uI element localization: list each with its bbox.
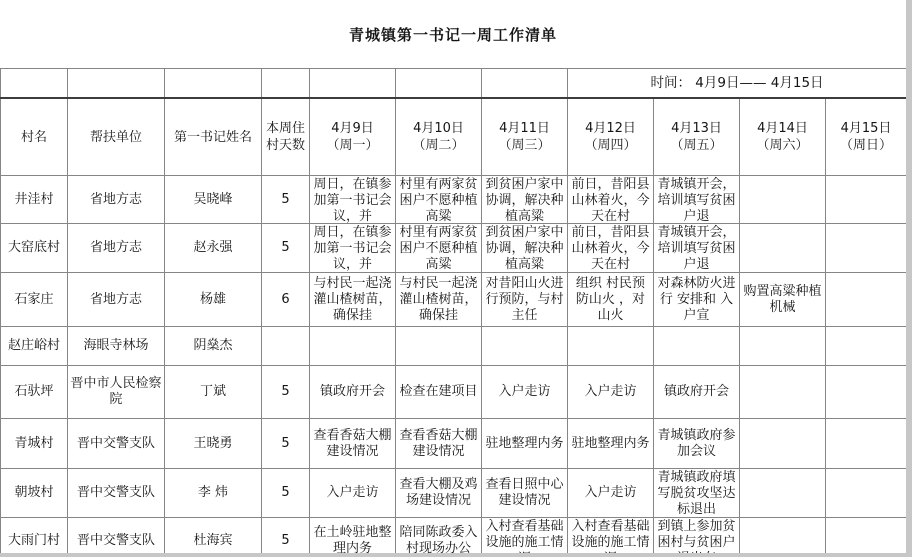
column-header: 帮扶单位 bbox=[68, 98, 165, 176]
column-header-text: 4月14日 （周六） bbox=[740, 99, 825, 175]
secretary-name-cell-text: 阴燊杰 bbox=[165, 327, 261, 365]
sunday-cell-text bbox=[826, 366, 906, 418]
time-empty-cell-text bbox=[310, 69, 395, 97]
wednesday-cell: 对昔阳山火进行预防，与村主任 bbox=[482, 273, 568, 327]
monday-cell: 与村民一起浇灌山楂树苗，确保挂 bbox=[310, 273, 396, 327]
secretary-name-cell: 王晓勇 bbox=[165, 419, 262, 469]
village-name-cell-text: 石驮坪 bbox=[1, 366, 67, 418]
saturday-cell bbox=[740, 327, 826, 366]
secretary-name-cell-text: 杨雄 bbox=[165, 273, 261, 326]
thursday-cell: 入户走访 bbox=[568, 469, 654, 518]
saturday-cell bbox=[740, 518, 826, 557]
secretary-name-cell-text: 吴晓峰 bbox=[165, 176, 261, 223]
friday-cell-text bbox=[654, 327, 739, 365]
saturday-cell: 购置高粱种植机械 bbox=[740, 273, 826, 327]
secretary-name-cell: 吴晓峰 bbox=[165, 176, 262, 224]
tuesday-cell-text: 查看大棚及鸡场建设情况 bbox=[396, 469, 481, 517]
thursday-cell-text: 前日，昔阳县山林着火，今天在村 bbox=[568, 224, 653, 272]
village-name-cell-text: 朝坡村 bbox=[1, 469, 67, 517]
column-header: 4月10日 （周二） bbox=[396, 98, 482, 176]
tuesday-cell-text: 村里有两家贫困户不愿种植高粱 bbox=[396, 176, 481, 223]
time-empty-cell bbox=[396, 69, 482, 99]
time-empty-cell bbox=[310, 69, 396, 99]
thursday-cell: 入村查看基础设施的施工情况 bbox=[568, 518, 654, 557]
village-name-cell-text: 井洼村 bbox=[1, 176, 67, 223]
page-title: 青城镇第一书记一周工作清单 bbox=[0, 0, 906, 68]
village-name-cell-text: 大窑底村 bbox=[1, 224, 67, 272]
thursday-cell: 前日，昔阳县山林着火，今天在村 bbox=[568, 224, 654, 273]
wednesday-cell bbox=[482, 327, 568, 366]
sunday-cell bbox=[826, 273, 907, 327]
saturday-cell-text: 购置高粱种植机械 bbox=[740, 273, 825, 326]
support-unit-cell-text: 晋中市人民检察院 bbox=[68, 366, 164, 418]
time-empty-cell bbox=[482, 69, 568, 99]
support-unit-cell: 晋中交警支队 bbox=[68, 518, 165, 557]
support-unit-cell-text: 晋中交警支队 bbox=[68, 518, 164, 557]
column-header: 本周住村天数 bbox=[262, 98, 310, 176]
saturday-cell bbox=[740, 419, 826, 469]
sunday-cell-text bbox=[826, 224, 906, 272]
thursday-cell-text: 入村查看基础设施的施工情况 bbox=[568, 518, 653, 557]
column-header: 4月13日 （周五） bbox=[654, 98, 740, 176]
column-header-text: 4月15日 （周日） bbox=[826, 99, 906, 175]
monday-cell: 在土岭驻地整理内务 bbox=[310, 518, 396, 557]
wednesday-cell: 到贫困户家中协调，解决种植高粱 bbox=[482, 176, 568, 224]
saturday-cell bbox=[740, 366, 826, 419]
tuesday-cell-text bbox=[396, 327, 481, 365]
tuesday-cell-text: 陪同陈政委入村现场办公 bbox=[396, 518, 481, 557]
support-unit-cell: 晋中交警支队 bbox=[68, 419, 165, 469]
days-in-village-cell-text: 5 bbox=[262, 469, 309, 517]
column-header-text: 本周住村天数 bbox=[262, 99, 309, 175]
days-in-village-cell: 5 bbox=[262, 176, 310, 224]
time-label: 时间： 4月9日—— 4月15日 bbox=[568, 69, 907, 99]
monday-cell-text: 周日，在镇参加第一书记会议，并 bbox=[310, 224, 395, 272]
monday-cell: 入户走访 bbox=[310, 469, 396, 518]
friday-cell-text: 青城镇开会，培训填写贫困户退 bbox=[654, 224, 739, 272]
time-empty-cell-text bbox=[1, 69, 67, 97]
friday-cell: 青城镇政府填写脱贫攻坚达标退出 bbox=[654, 469, 740, 518]
support-unit-cell: 省地方志 bbox=[68, 176, 165, 224]
days-in-village-cell-text: 5 bbox=[262, 419, 309, 468]
table-row: 青城村晋中交警支队王晓勇5查看香菇大棚建设情况查看香菇大棚建设情况驻地整理内务驻… bbox=[1, 419, 907, 469]
wednesday-cell: 驻地整理内务 bbox=[482, 419, 568, 469]
days-in-village-cell-text: 5 bbox=[262, 176, 309, 223]
tuesday-cell: 村里有两家贫困户不愿种植高粱 bbox=[396, 176, 482, 224]
thursday-cell-text: 入户走访 bbox=[568, 366, 653, 418]
thursday-cell-text: 驻地整理内务 bbox=[568, 419, 653, 468]
secretary-name-cell: 杨雄 bbox=[165, 273, 262, 327]
monday-cell-text: 入户走访 bbox=[310, 469, 395, 517]
days-in-village-cell: 5 bbox=[262, 366, 310, 419]
wednesday-cell: 入村查看基础设施的施工情况 bbox=[482, 518, 568, 557]
saturday-cell bbox=[740, 176, 826, 224]
thursday-cell-text: 组织 村民预防山火 ，对 山火 bbox=[568, 273, 653, 326]
friday-cell: 到镇上参加贫困村与贫困户退出存 bbox=[654, 518, 740, 557]
village-name-cell-text: 大雨门村 bbox=[1, 518, 67, 557]
thursday-cell-text bbox=[568, 327, 653, 365]
saturday-cell-text bbox=[740, 518, 825, 557]
support-unit-cell-text: 省地方志 bbox=[68, 224, 164, 272]
time-empty-cell bbox=[262, 69, 310, 99]
days-in-village-cell: 5 bbox=[262, 469, 310, 518]
column-header: 4月14日 （周六） bbox=[740, 98, 826, 176]
sunday-cell-text bbox=[826, 469, 906, 517]
column-header-text: 4月11日 （周三） bbox=[482, 99, 567, 175]
days-in-village-cell bbox=[262, 327, 310, 366]
monday-cell: 周日，在镇参加第一书记会议，并 bbox=[310, 176, 396, 224]
tuesday-cell: 查看香菇大棚建设情况 bbox=[396, 419, 482, 469]
friday-cell: 青城镇政府参加会议 bbox=[654, 419, 740, 469]
column-header: 4月9日 （周一） bbox=[310, 98, 396, 176]
column-header: 4月11日 （周三） bbox=[482, 98, 568, 176]
monday-cell bbox=[310, 327, 396, 366]
secretary-name-cell-text: 丁斌 bbox=[165, 366, 261, 418]
time-empty-cell-text bbox=[482, 69, 567, 97]
wednesday-cell-text: 对昔阳山火进行预防，与村主任 bbox=[482, 273, 567, 326]
days-in-village-cell-text: 5 bbox=[262, 518, 309, 557]
tuesday-cell: 与村民一起浇灌山楂树苗，确保挂 bbox=[396, 273, 482, 327]
sunday-cell-text bbox=[826, 327, 906, 365]
time-empty-cell bbox=[165, 69, 262, 99]
column-header: 4月12日 （周四） bbox=[568, 98, 654, 176]
table-row: 大雨门村晋中交警支队杜海宾5在土岭驻地整理内务陪同陈政委入村现场办公入村查看基础… bbox=[1, 518, 907, 557]
column-header: 第一书记姓名 bbox=[165, 98, 262, 176]
saturday-cell bbox=[740, 224, 826, 273]
village-name-cell: 石驮坪 bbox=[1, 366, 68, 419]
wednesday-cell-text: 到贫困户家中协调，解决种植高粱 bbox=[482, 224, 567, 272]
time-empty-cell-text bbox=[396, 69, 481, 97]
friday-cell-text: 对森林防火进行 安排和 入户宣 bbox=[654, 273, 739, 326]
table-row: 大窑底村省地方志赵永强5周日，在镇参加第一书记会议，并村里有两家贫困户不愿种植高… bbox=[1, 224, 907, 273]
work-table: 时间： 4月9日—— 4月15日村名帮扶单位第一书记姓名本周住村天数4月9日 （… bbox=[0, 68, 907, 557]
support-unit-cell-text: 晋中交警支队 bbox=[68, 469, 164, 517]
monday-cell-text bbox=[310, 327, 395, 365]
support-unit-cell: 省地方志 bbox=[68, 273, 165, 327]
support-unit-cell-text: 省地方志 bbox=[68, 176, 164, 223]
table-row: 赵庄峪村海眼寺林场阴燊杰 bbox=[1, 327, 907, 366]
friday-cell-text: 青城镇政府参加会议 bbox=[654, 419, 739, 468]
tuesday-cell bbox=[396, 327, 482, 366]
thursday-cell: 驻地整理内务 bbox=[568, 419, 654, 469]
sunday-cell-text bbox=[826, 518, 906, 557]
support-unit-cell-text: 海眼寺林场 bbox=[68, 327, 164, 365]
time-empty-cell bbox=[68, 69, 165, 99]
tuesday-cell-text: 检查在建项目 bbox=[396, 366, 481, 418]
thursday-cell bbox=[568, 327, 654, 366]
wednesday-cell-text: 入村查看基础设施的施工情况 bbox=[482, 518, 567, 557]
time-label-text: 时间： 4月9日—— 4月15日 bbox=[568, 69, 906, 97]
secretary-name-cell: 丁斌 bbox=[165, 366, 262, 419]
days-in-village-cell-text bbox=[262, 327, 309, 365]
monday-cell: 周日，在镇参加第一书记会议，并 bbox=[310, 224, 396, 273]
wednesday-cell-text: 查看日照中心建设情况 bbox=[482, 469, 567, 517]
column-header: 4月15日 （周日） bbox=[826, 98, 907, 176]
monday-cell-text: 与村民一起浇灌山楂树苗，确保挂 bbox=[310, 273, 395, 326]
table-row: 石驮坪晋中市人民检察院丁斌5镇政府开会检查在建项目入户走访入户走访镇政府开会 bbox=[1, 366, 907, 419]
wednesday-cell: 到贫困户家中协调，解决种植高粱 bbox=[482, 224, 568, 273]
monday-cell-text: 镇政府开会 bbox=[310, 366, 395, 418]
support-unit-cell-text: 晋中交警支队 bbox=[68, 419, 164, 468]
village-name-cell: 大雨门村 bbox=[1, 518, 68, 557]
sunday-cell-text bbox=[826, 273, 906, 326]
friday-cell: 青城镇开会，培训填写贫困户退 bbox=[654, 224, 740, 273]
secretary-name-cell: 杜海宾 bbox=[165, 518, 262, 557]
support-unit-cell-text: 省地方志 bbox=[68, 273, 164, 326]
table-row: 石家庄省地方志杨雄6与村民一起浇灌山楂树苗，确保挂与村民一起浇灌山楂树苗，确保挂… bbox=[1, 273, 907, 327]
days-in-village-cell: 5 bbox=[262, 518, 310, 557]
wednesday-cell-text bbox=[482, 327, 567, 365]
spreadsheet-page: { "title": "青城镇第一书记一周工作清单", "time_label"… bbox=[0, 0, 912, 557]
saturday-cell bbox=[740, 469, 826, 518]
support-unit-cell: 晋中交警支队 bbox=[68, 469, 165, 518]
time-empty-cell-text bbox=[68, 69, 164, 97]
sunday-cell bbox=[826, 327, 907, 366]
tuesday-cell-text: 与村民一起浇灌山楂树苗，确保挂 bbox=[396, 273, 481, 326]
friday-cell: 青城镇开会，培训填写贫困户退 bbox=[654, 176, 740, 224]
thursday-cell: 入户走访 bbox=[568, 366, 654, 419]
tuesday-cell-text: 查看香菇大棚建设情况 bbox=[396, 419, 481, 468]
village-name-cell: 青城村 bbox=[1, 419, 68, 469]
sunday-cell bbox=[826, 518, 907, 557]
thursday-cell: 前日，昔阳县山林着火，今天在村 bbox=[568, 176, 654, 224]
monday-cell-text: 周日，在镇参加第一书记会议，并 bbox=[310, 176, 395, 223]
sunday-cell-text bbox=[826, 419, 906, 468]
friday-cell-text: 到镇上参加贫困村与贫困户退出存 bbox=[654, 518, 739, 557]
header-row: 村名帮扶单位第一书记姓名本周住村天数4月9日 （周一）4月10日 （周二）4月1… bbox=[1, 98, 907, 176]
secretary-name-cell: 阴燊杰 bbox=[165, 327, 262, 366]
wednesday-cell-text: 到贫困户家中协调，解决种植高粱 bbox=[482, 176, 567, 223]
column-header-text: 4月9日 （周一） bbox=[310, 99, 395, 175]
page-edge-right bbox=[906, 0, 912, 557]
time-empty-cell-text bbox=[165, 69, 261, 97]
time-row: 时间： 4月9日—— 4月15日 bbox=[1, 69, 907, 99]
sunday-cell bbox=[826, 419, 907, 469]
thursday-cell-text: 入户走访 bbox=[568, 469, 653, 517]
column-header-text: 村名 bbox=[1, 99, 67, 175]
sunday-cell-text bbox=[826, 176, 906, 223]
monday-cell-text: 在土岭驻地整理内务 bbox=[310, 518, 395, 557]
saturday-cell-text bbox=[740, 327, 825, 365]
days-in-village-cell: 6 bbox=[262, 273, 310, 327]
village-name-cell: 赵庄峪村 bbox=[1, 327, 68, 366]
tuesday-cell: 村里有两家贫困户不愿种植高粱 bbox=[396, 224, 482, 273]
village-name-cell: 井洼村 bbox=[1, 176, 68, 224]
time-empty-cell-text bbox=[262, 69, 309, 97]
secretary-name-cell-text: 李 炜 bbox=[165, 469, 261, 517]
days-in-village-cell-text: 5 bbox=[262, 366, 309, 418]
days-in-village-cell-text: 6 bbox=[262, 273, 309, 326]
village-name-cell: 大窑底村 bbox=[1, 224, 68, 273]
saturday-cell-text bbox=[740, 176, 825, 223]
sunday-cell bbox=[826, 224, 907, 273]
sunday-cell bbox=[826, 366, 907, 419]
saturday-cell-text bbox=[740, 419, 825, 468]
days-in-village-cell: 5 bbox=[262, 224, 310, 273]
secretary-name-cell: 赵永强 bbox=[165, 224, 262, 273]
column-header-text: 4月12日 （周四） bbox=[568, 99, 653, 175]
secretary-name-cell-text: 王晓勇 bbox=[165, 419, 261, 468]
friday-cell bbox=[654, 327, 740, 366]
support-unit-cell: 海眼寺林场 bbox=[68, 327, 165, 366]
tuesday-cell-text: 村里有两家贫困户不愿种植高粱 bbox=[396, 224, 481, 272]
tuesday-cell: 检查在建项目 bbox=[396, 366, 482, 419]
sunday-cell bbox=[826, 469, 907, 518]
wednesday-cell-text: 入户走访 bbox=[482, 366, 567, 418]
page-edge-bottom bbox=[0, 553, 912, 557]
table-row: 朝坡村晋中交警支队李 炜5入户走访查看大棚及鸡场建设情况查看日照中心建设情况入户… bbox=[1, 469, 907, 518]
village-name-cell-text: 石家庄 bbox=[1, 273, 67, 326]
column-header-text: 第一书记姓名 bbox=[165, 99, 261, 175]
column-header-text: 4月13日 （周五） bbox=[654, 99, 739, 175]
sunday-cell bbox=[826, 176, 907, 224]
saturday-cell-text bbox=[740, 224, 825, 272]
days-in-village-cell: 5 bbox=[262, 419, 310, 469]
friday-cell-text: 镇政府开会 bbox=[654, 366, 739, 418]
secretary-name-cell-text: 杜海宾 bbox=[165, 518, 261, 557]
village-name-cell-text: 赵庄峪村 bbox=[1, 327, 67, 365]
friday-cell: 镇政府开会 bbox=[654, 366, 740, 419]
column-header: 村名 bbox=[1, 98, 68, 176]
days-in-village-cell-text: 5 bbox=[262, 224, 309, 272]
support-unit-cell: 省地方志 bbox=[68, 224, 165, 273]
tuesday-cell: 查看大棚及鸡场建设情况 bbox=[396, 469, 482, 518]
column-header-text: 4月10日 （周二） bbox=[396, 99, 481, 175]
tuesday-cell: 陪同陈政委入村现场办公 bbox=[396, 518, 482, 557]
table-row: 井洼村省地方志吴晓峰5周日，在镇参加第一书记会议，并村里有两家贫困户不愿种植高粱… bbox=[1, 176, 907, 224]
village-name-cell-text: 青城村 bbox=[1, 419, 67, 468]
time-empty-cell bbox=[1, 69, 68, 99]
village-name-cell: 朝坡村 bbox=[1, 469, 68, 518]
saturday-cell-text bbox=[740, 469, 825, 517]
wednesday-cell: 入户走访 bbox=[482, 366, 568, 419]
thursday-cell: 组织 村民预防山火 ，对 山火 bbox=[568, 273, 654, 327]
thursday-cell-text: 前日，昔阳县山林着火，今天在村 bbox=[568, 176, 653, 223]
column-header-text: 帮扶单位 bbox=[68, 99, 164, 175]
secretary-name-cell: 李 炜 bbox=[165, 469, 262, 518]
monday-cell: 镇政府开会 bbox=[310, 366, 396, 419]
wednesday-cell: 查看日照中心建设情况 bbox=[482, 469, 568, 518]
wednesday-cell-text: 驻地整理内务 bbox=[482, 419, 567, 468]
support-unit-cell: 晋中市人民检察院 bbox=[68, 366, 165, 419]
friday-cell: 对森林防火进行 安排和 入户宣 bbox=[654, 273, 740, 327]
monday-cell: 查看香菇大棚建设情况 bbox=[310, 419, 396, 469]
monday-cell-text: 查看香菇大棚建设情况 bbox=[310, 419, 395, 468]
friday-cell-text: 青城镇政府填写脱贫攻坚达标退出 bbox=[654, 469, 739, 517]
village-name-cell: 石家庄 bbox=[1, 273, 68, 327]
friday-cell-text: 青城镇开会，培训填写贫困户退 bbox=[654, 176, 739, 223]
saturday-cell-text bbox=[740, 366, 825, 418]
secretary-name-cell-text: 赵永强 bbox=[165, 224, 261, 272]
